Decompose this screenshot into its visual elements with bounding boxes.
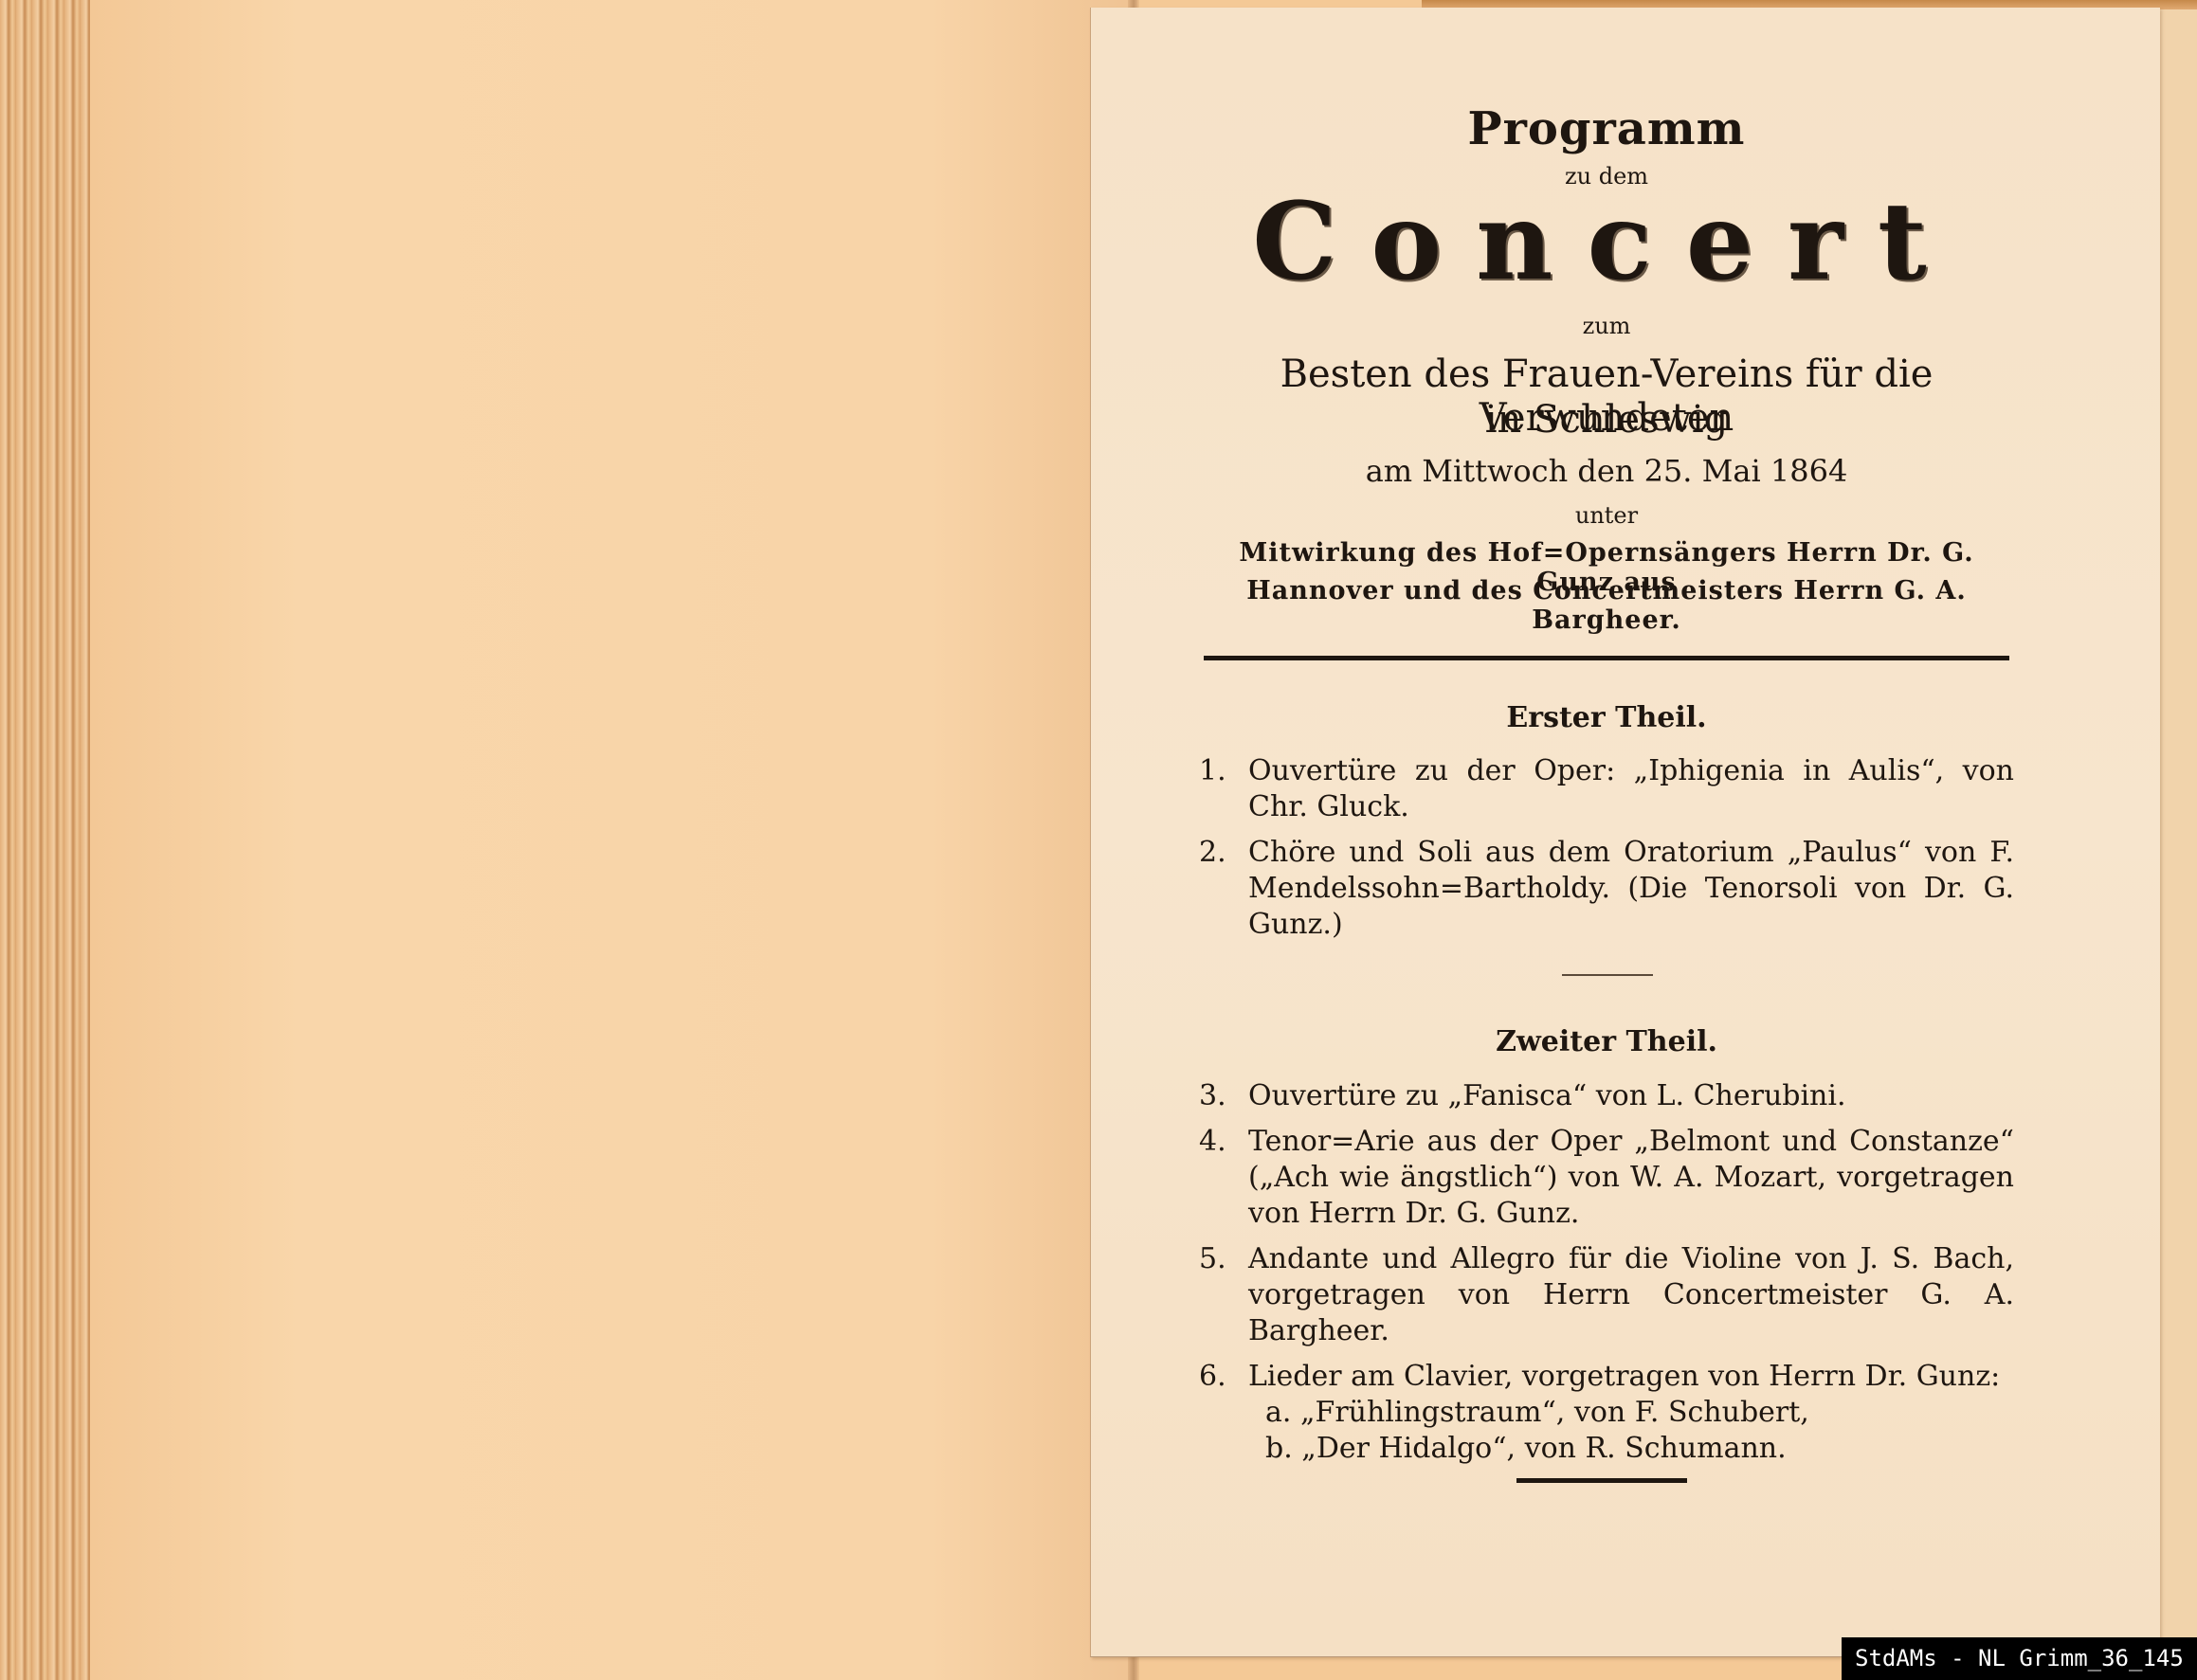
item-text: Chöre und Soli aus dem Oratorium „Paulus…	[1248, 836, 2014, 941]
program-item: 5. Andante und Allegro für die Violine v…	[1199, 1241, 2014, 1349]
item-number: 2.	[1199, 835, 1226, 871]
item-text: Lieder am Clavier, vorgetragen von Herrn…	[1248, 1360, 2000, 1393]
section-divider	[1562, 974, 1653, 976]
program-item: 1. Ouvertüre zu der Oper: „Iphigenia in …	[1199, 753, 2014, 825]
program-item: 6. Lieder am Clavier, vorgetragen von He…	[1199, 1359, 2014, 1395]
left-blank-page	[90, 0, 1137, 1680]
item-text: Tenor=Arie aus der Oper „Belmont und Con…	[1248, 1125, 2014, 1230]
item-number: 5.	[1199, 1241, 1226, 1277]
program-item: 2. Chöre und Soli aus dem Oratorium „Pau…	[1199, 835, 2014, 943]
archive-label: StdAMs - NL Grimm_36_145	[1842, 1637, 2197, 1680]
program-title: Programm	[1204, 102, 2009, 155]
performers-line-2: Hannover und des Concertmeisters Herrn G…	[1204, 576, 2009, 635]
part-2-items: 3. Ouvertüre zu „Fanisca“ von L. Cherubi…	[1199, 1078, 2014, 1467]
program-item: 4. Tenor=Arie aus der Oper „Belmont und …	[1199, 1124, 2014, 1232]
unter-text: unter	[1204, 502, 2009, 529]
sub-item: b. „Der Hidalgo“, von R. Schumann.	[1199, 1431, 2014, 1467]
book-page-edges	[0, 0, 90, 1680]
item-text: Andante und Allegro für die Violine von …	[1248, 1242, 2014, 1347]
item-number: 1.	[1199, 753, 1226, 789]
right-page-margin	[2159, 9, 2197, 1680]
closing-divider	[1516, 1478, 1687, 1483]
header-divider	[1204, 656, 2009, 660]
sub-item: a. „Frühlingstraum“, von F. Schubert,	[1199, 1395, 2014, 1431]
item-text: Ouvertüre zu der Oper: „Iphigenia in Aul…	[1248, 754, 2014, 823]
purpose-line-2: in Schleswig	[1204, 398, 2009, 442]
part-2-heading: Zweiter Theil.	[1204, 1025, 2009, 1058]
item-number: 3.	[1199, 1078, 1226, 1114]
zum-text: zum	[1204, 313, 2009, 339]
program-item: 3. Ouvertüre zu „Fanisca“ von L. Cherubi…	[1199, 1078, 2014, 1114]
item-number: 6.	[1199, 1359, 1226, 1395]
item-text: Ouvertüre zu „Fanisca“ von L. Cherubini.	[1248, 1079, 1846, 1112]
part-1-heading: Erster Theil.	[1204, 701, 2009, 734]
concert-date: am Mittwoch den 25. Mai 1864	[1204, 453, 2009, 489]
concert-heading: Concert	[1204, 190, 2009, 296]
item-number: 4.	[1199, 1124, 1226, 1160]
part-1-items: 1. Ouvertüre zu der Oper: „Iphigenia in …	[1199, 753, 2014, 952]
